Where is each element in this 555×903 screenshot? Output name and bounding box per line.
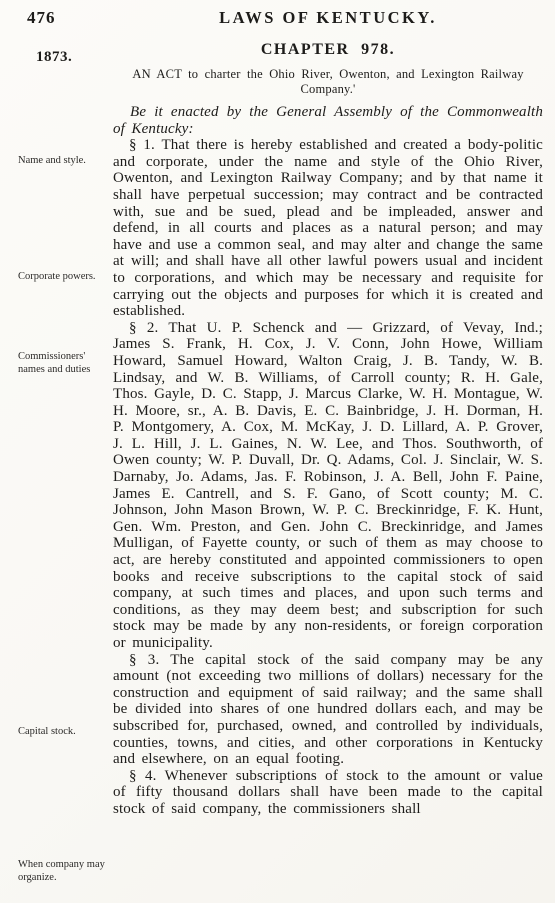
margin-note-commissioners: Commissioners' names and duties — [18, 351, 111, 376]
section-4-paragraph: § 4. Whenever subscriptions of stock to … — [113, 768, 543, 818]
margin-note-capital-stock: Capital stock. — [18, 726, 111, 739]
enacting-clause: Be it enacted by the General Assembly of… — [113, 104, 543, 137]
margin-year: 1873. — [36, 49, 72, 66]
section-3-paragraph: § 3. The capital stock of the said compa… — [113, 652, 543, 768]
section-1-paragraph: § 1. That there is hereby established an… — [113, 137, 543, 320]
act-body: Be it enacted by the General Assembly of… — [113, 104, 543, 818]
act-title: AN ACT to charter the Ohio River, Owento… — [113, 67, 543, 96]
page-number: 476 — [27, 8, 56, 28]
section-2-paragraph: § 2. That U. P. Schenck and — Grizzard, … — [113, 320, 543, 652]
chapter-heading: CHAPTER 978. — [113, 40, 543, 60]
running-title: LAWS OF KENTUCKY. — [113, 8, 543, 28]
margin-note-name-and-style: Name and style. — [18, 155, 111, 168]
margin-note-corporate-powers: Corporate powers. — [18, 271, 111, 284]
margin-note-when-company-organize: When company may organize. — [18, 859, 111, 884]
scanned-statute-page: 476 LAWS OF KENTUCKY. 1873. Name and sty… — [0, 0, 555, 903]
main-text-column: CHAPTER 978. AN ACT to charter the Ohio … — [113, 40, 543, 818]
